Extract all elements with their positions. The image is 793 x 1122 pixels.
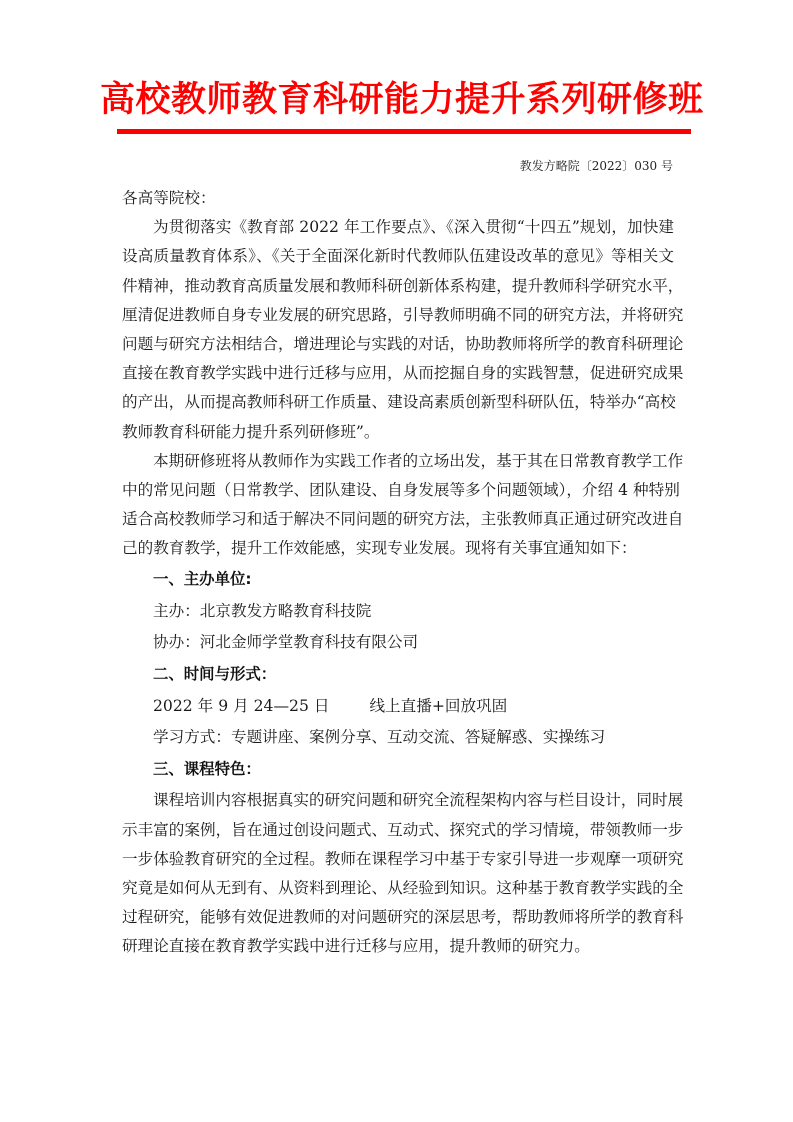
paragraph-line: 适合高校教师学习和适于解决不同问题的研究方法，主张教师真正通过研究改进自 bbox=[122, 505, 674, 534]
second-paragraph: 本期研修班将从教师作为实践工作者的立场出发，基于其在日常教育教学工作 中的常见问… bbox=[122, 447, 674, 564]
paragraph-line: 为贯彻落实《教育部 2022 年工作要点》、《深入贯彻“十四五”规划，加快建 bbox=[122, 213, 674, 242]
section-organizers: 一、主办单位: 主办：北京教发方略教育科技院 协办：河北金师学堂教育科技有限公司 bbox=[122, 563, 674, 658]
section-heading: 三、课程特色： bbox=[122, 753, 674, 786]
paragraph-line: 直接在教育教学实践中进行迁移与应用，从而挖掘自身的实践智慧，促进研究成果 bbox=[122, 359, 674, 388]
paragraph-line: 问题与研究方法相结合，增进理论与实践的对话，协助教师将所学的教育科研理论 bbox=[122, 330, 674, 359]
document-title: 高校教师教育科研能力提升系列研修班 bbox=[100, 78, 700, 122]
intro-paragraph: 为贯彻落实《教育部 2022 年工作要点》、《深入贯彻“十四五”规划，加快建 设… bbox=[122, 213, 674, 447]
date-format-line: 2022 年 9 月 24—25 日线上直播+回放巩固 bbox=[122, 691, 674, 722]
document-number: 教发方略院〔2022〕030 号 bbox=[520, 158, 673, 174]
document-page: 高校教师教育科研能力提升系列研修班 教发方略院〔2022〕030 号 各高等院校… bbox=[0, 0, 793, 1122]
paragraph-line: 研理论直接在教育教学实践中进行迁移与应用，提升教师的研究力。 bbox=[122, 932, 674, 961]
event-date: 2022 年 9 月 24—25 日 bbox=[153, 697, 329, 715]
section-time-format: 二、时间与形式： 2022 年 9 月 24—25 日线上直播+回放巩固 学习方… bbox=[122, 658, 674, 753]
paragraph-line: 课程培训内容根据真实的研究问题和研究全流程架构内容与栏目设计，同时展 bbox=[122, 786, 674, 815]
paragraph-line: 设高质量教育体系》、《关于全面深化新时代教师队伍建设改革的意见》等相关文 bbox=[122, 242, 674, 271]
event-format: 线上直播+回放巩固 bbox=[369, 697, 507, 715]
paragraph-line: 示丰富的案例，旨在通过创设问题式、互动式、探究式的学习情境，带领教师一步 bbox=[122, 816, 674, 845]
paragraph-line: 中的常见问题（日常教学、团队建设、自身发展等多个问题领域），介绍 4 种特别 bbox=[122, 476, 674, 505]
paragraph-line: 一步体验教育研究的全过程。教师在课程学习中基于专家引导进一步观摩一项研究 bbox=[122, 845, 674, 874]
co-organizer: 协办：河北金师学堂教育科技有限公司 bbox=[122, 627, 674, 658]
section-heading: 一、主办单位: bbox=[122, 563, 674, 596]
paragraph-line: 的产出，从而提高教师科研工作质量、建设高素质创新型科研队伍，特举办“高校 bbox=[122, 388, 674, 417]
paragraph-line: 本期研修班将从教师作为实践工作者的立场出发，基于其在日常教育教学工作 bbox=[122, 447, 674, 476]
paragraph-line: 教师教育科研能力提升系列研修班”。 bbox=[122, 418, 674, 447]
document-body: 各高等院校： 为贯彻落实《教育部 2022 年工作要点》、《深入贯彻“十四五”规… bbox=[122, 184, 674, 962]
section-heading: 二、时间与形式： bbox=[122, 658, 674, 691]
paragraph-line: 件精神，推动教育高质量发展和教师科研创新体系构建，提升教师科学研究水平， bbox=[122, 272, 674, 301]
paragraph-line: 己的教育教学，提升工作效能感，实现专业发展。现将有关事宜通知如下： bbox=[122, 534, 674, 563]
paragraph-line: 究竟是如何从无到有、从资料到理论、从经验到知识。这种基于教育教学实践的全 bbox=[122, 874, 674, 903]
title-red-rule bbox=[117, 129, 691, 134]
host-organizer: 主办：北京教发方略教育科技院 bbox=[122, 596, 674, 627]
paragraph-line: 厘清促进教师自身专业发展的研究思路，引导教师明确不同的研究方法，并将研究 bbox=[122, 301, 674, 330]
study-method: 学习方式：专题讲座、案例分享、互动交流、答疑解惑、实操练习 bbox=[122, 722, 674, 753]
salutation: 各高等院校： bbox=[122, 184, 674, 213]
section-course-features: 三、课程特色： 课程培训内容根据真实的研究问题和研究全流程架构内容与栏目设计，同… bbox=[122, 753, 674, 961]
paragraph-line: 过程研究，能够有效促进教师的对问题研究的深层思考，帮助教师将所学的教育科 bbox=[122, 903, 674, 932]
